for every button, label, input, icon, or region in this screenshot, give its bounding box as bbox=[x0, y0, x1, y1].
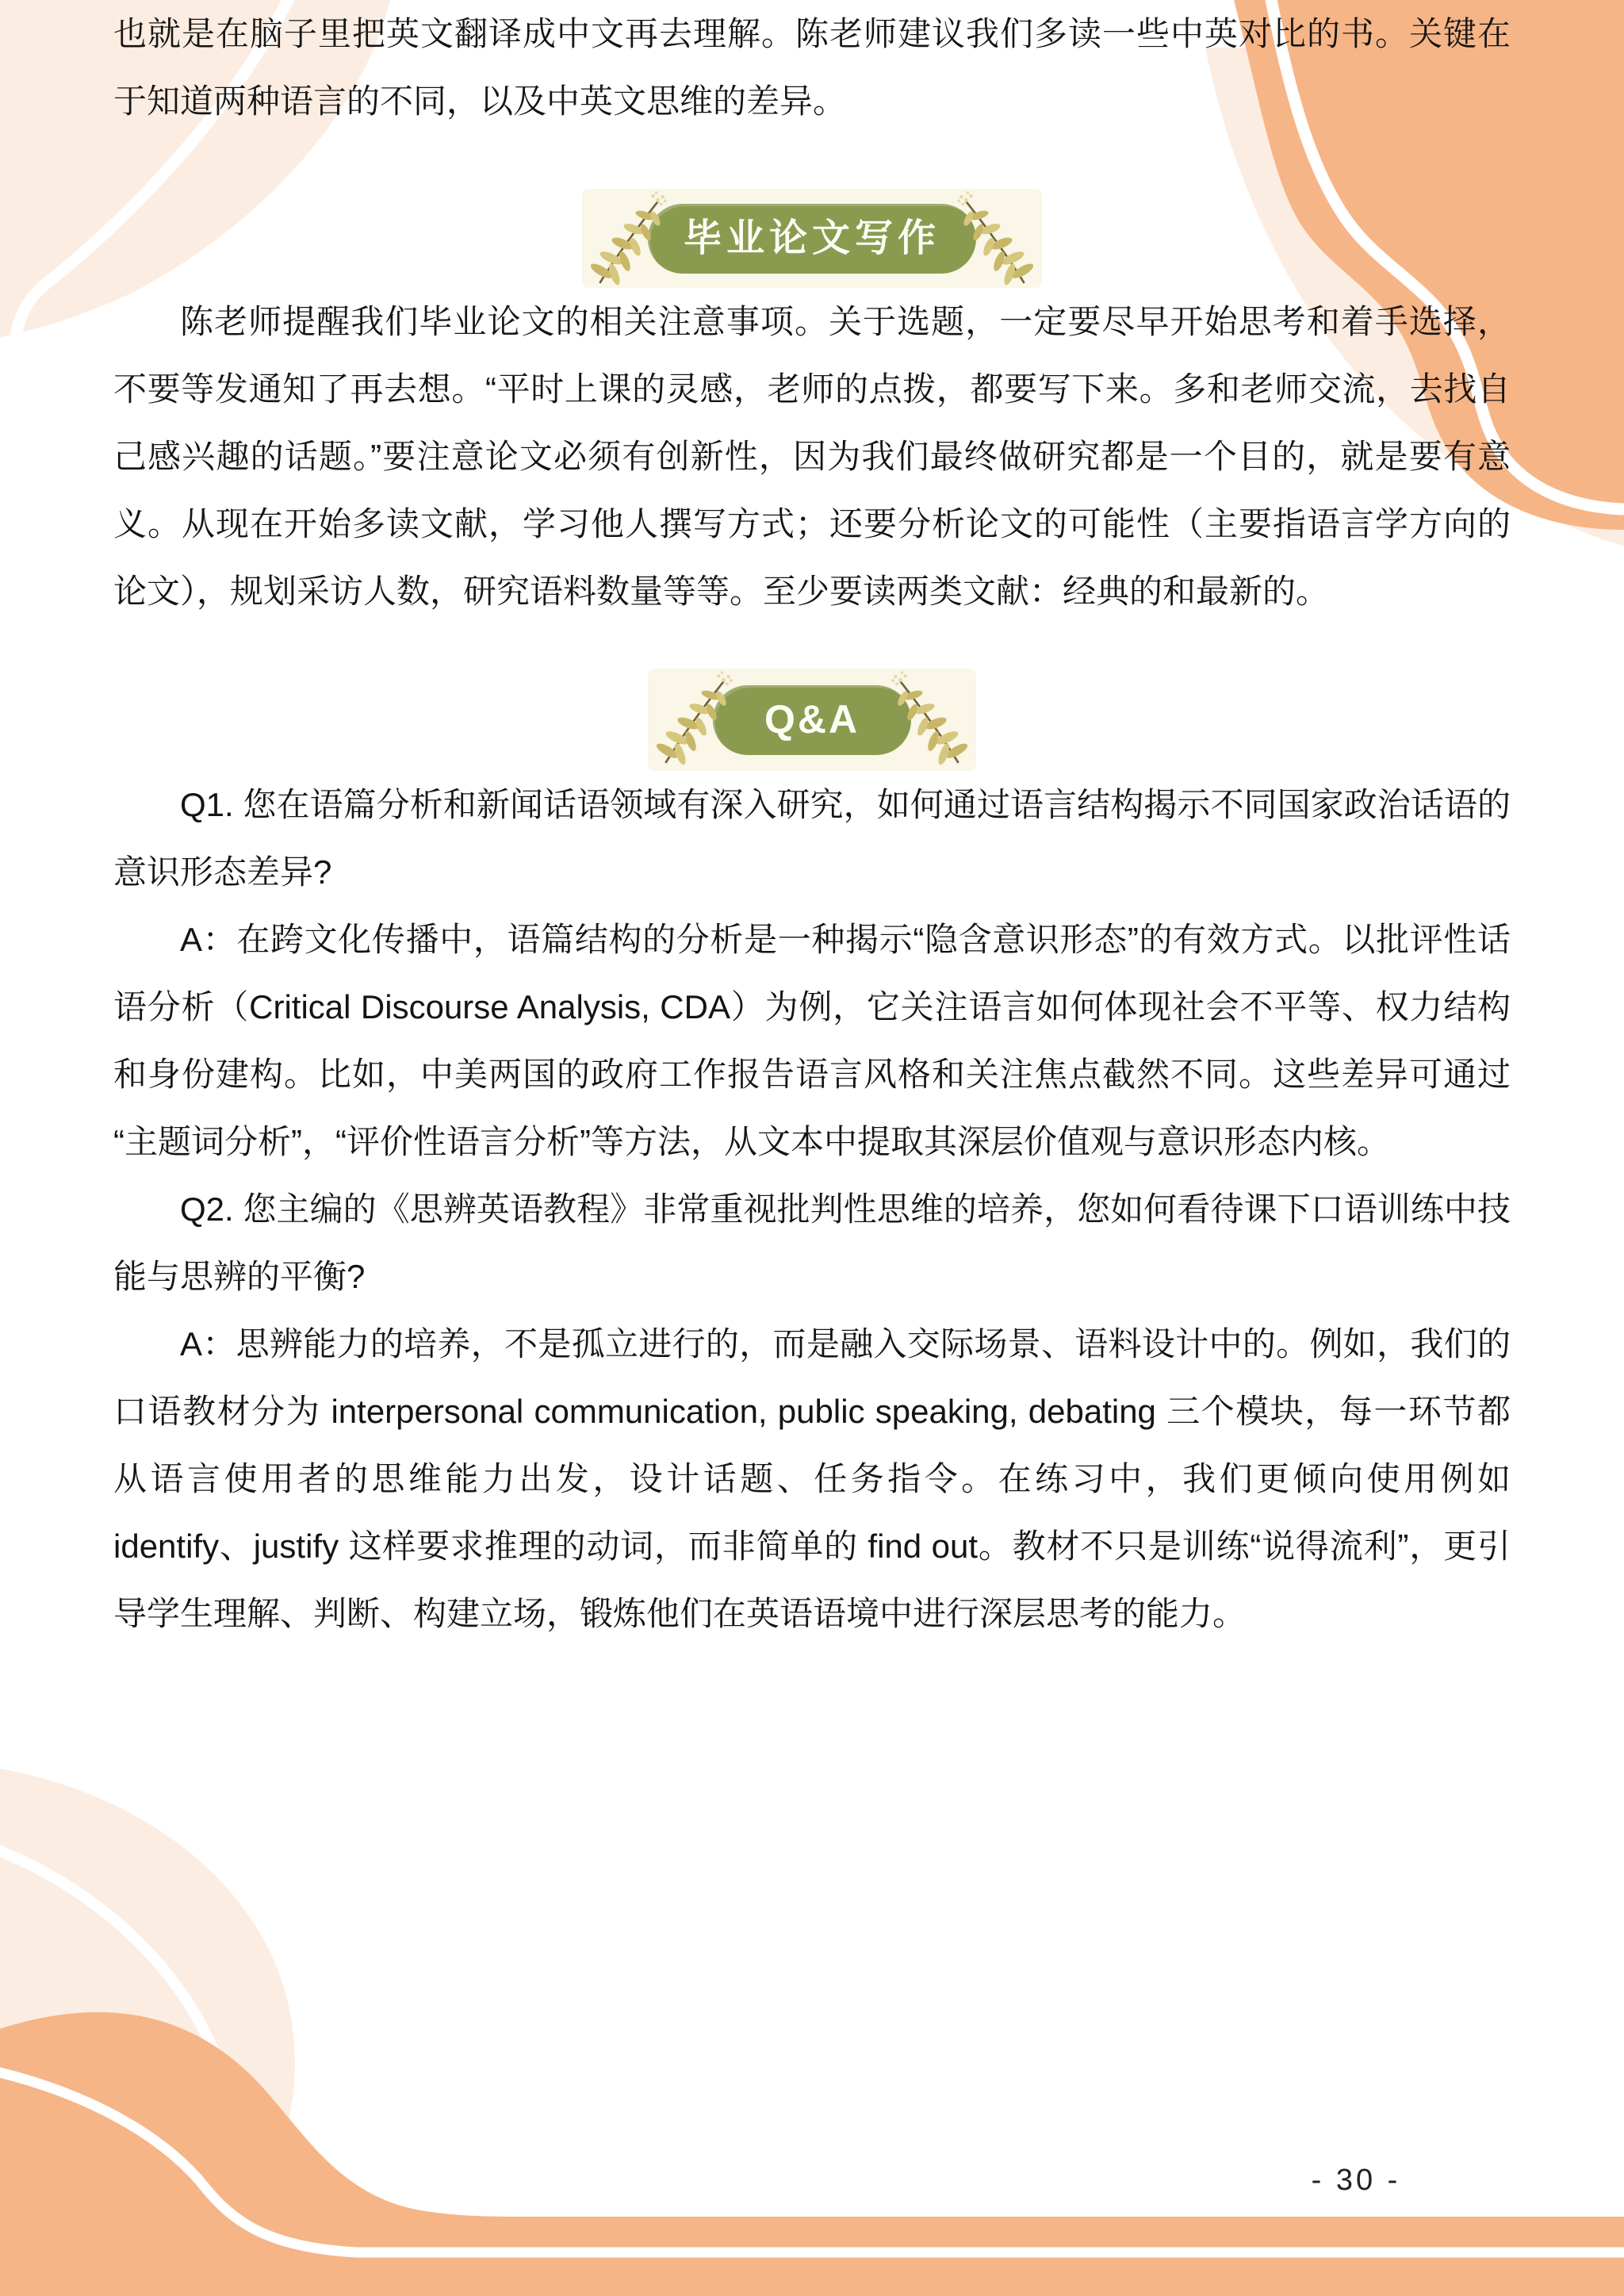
paragraph-thesis-notes: 陈老师提醒我们毕业论文的相关注意事项。关于选题，一定要尽早开始思考和着手选择，不… bbox=[113, 288, 1511, 625]
document-page: 也就是在脑子里把英文翻译成中文再去理解。陈老师建议我们多读一些中英对比的书。关键… bbox=[0, 0, 1624, 2296]
paragraph-a2: A：思辨能力的培养，不是孤立进行的，而是融入交际场景、语料设计中的。例如，我们的… bbox=[113, 1310, 1511, 1647]
page-number: - 30 - bbox=[1293, 2164, 1419, 2198]
corner-blob-bottom-left bbox=[0, 1769, 295, 2260]
bottom-band bbox=[0, 2012, 1624, 2296]
section-banner-thesis: 毕业论文写作 bbox=[582, 189, 1042, 288]
banner-label-qa: Q&A bbox=[764, 686, 860, 753]
laurel-branch-right-icon bbox=[876, 670, 979, 767]
banner-pill-thesis: 毕业论文写作 bbox=[648, 204, 976, 274]
section-banner-qa: Q&A bbox=[648, 669, 976, 771]
text-column: 也就是在脑子里把英文翻译成中文再去理解。陈老师建议我们多读一些中英对比的书。关键… bbox=[113, 0, 1511, 1647]
laurel-branch-right-icon bbox=[942, 190, 1045, 287]
laurel-branch-left-icon bbox=[645, 670, 748, 767]
laurel-branch-left-icon bbox=[579, 190, 682, 287]
banner-label-thesis: 毕业论文写作 bbox=[684, 205, 940, 272]
paragraph-intro: 也就是在脑子里把英文翻译成中文再去理解。陈老师建议我们多读一些中英对比的书。关键… bbox=[113, 0, 1511, 135]
paragraph-a1: A：在跨文化传播中，语篇结构的分析是一种揭示“隐含意识形态”的有效方式。以批评性… bbox=[113, 906, 1511, 1175]
paragraph-q2: Q2. 您主编的《思辨英语教程》非常重视批判性思维的培养，您如何看待课下口语训练… bbox=[113, 1175, 1511, 1310]
paragraph-q1: Q1. 您在语篇分析和新闻话语领域有深入研究，如何通过语言结构揭示不同国家政治话… bbox=[113, 771, 1511, 906]
